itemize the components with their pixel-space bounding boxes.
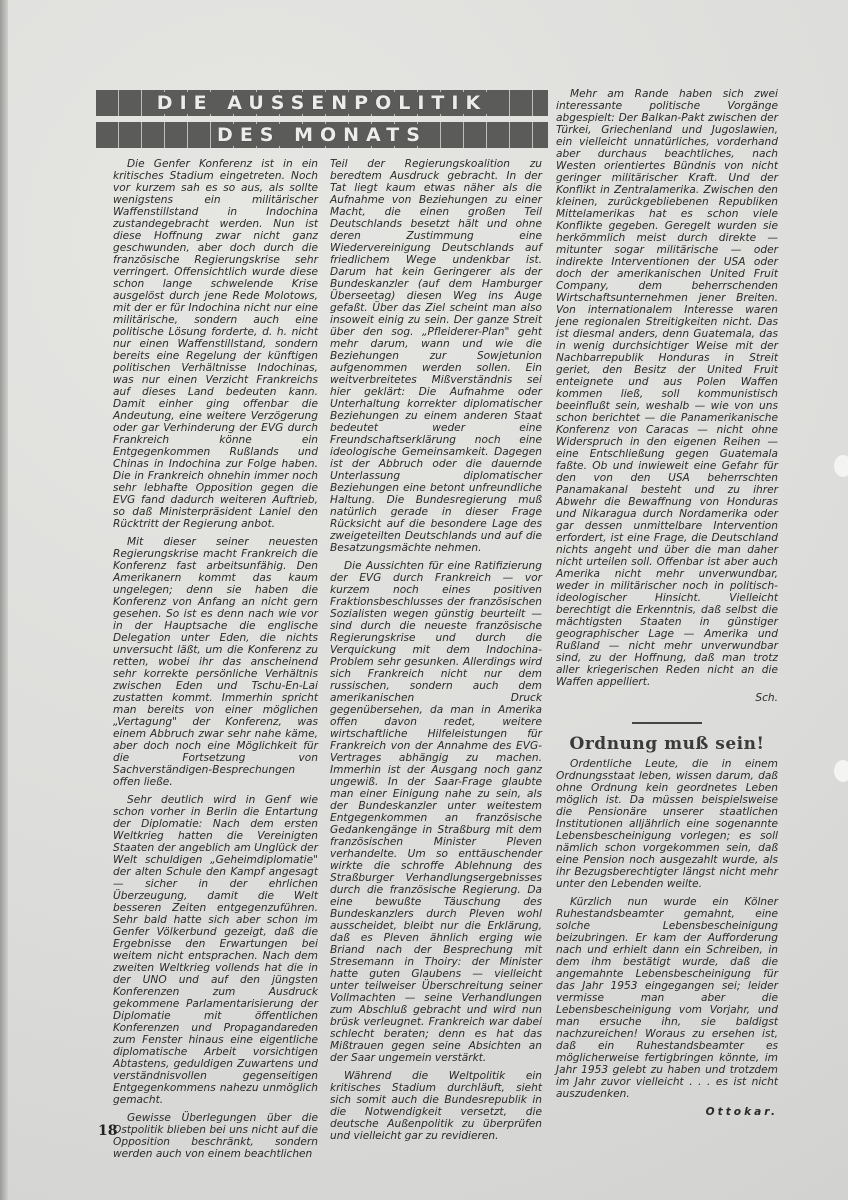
article-column-2: Teil der Regierungskoalition zu beredtem… <box>330 158 542 1148</box>
paragraph: Die Genfer Konferenz ist in ein kritisch… <box>113 158 318 530</box>
article-title-line-2: DES MONATS <box>96 122 548 148</box>
article-column-3: Mehr am Rande haben sich zwei interessan… <box>556 88 778 1118</box>
paragraph: Gewisse Überlegungen über die Ostpolitik… <box>113 1112 318 1160</box>
article-column-1: Die Genfer Konferenz ist in ein kritisch… <box>113 158 318 1166</box>
sidebar-article-author: Ottokar. <box>556 1106 778 1118</box>
article-title-text-1: DIE AUSSENPOLITIK <box>151 92 493 114</box>
paragraph: Mehr am Rande haben sich zwei interessan… <box>556 88 778 688</box>
article-title-line-1: DIE AUSSENPOLITIK <box>96 90 548 116</box>
paragraph: Die Aussichten für eine Ratifizierung de… <box>330 560 542 1064</box>
article-title-text-2: DES MONATS <box>211 124 433 146</box>
section-divider <box>632 722 702 724</box>
paragraph: Mit dieser seiner neuesten Regierungskri… <box>113 536 318 788</box>
paragraph: Ordentliche Leute, die in einem Ordnungs… <box>556 758 778 890</box>
paragraph: Während die Weltpolitik ein kritisches S… <box>330 1070 542 1142</box>
punch-hole <box>834 760 848 782</box>
paragraph: Kürzlich nun wurde ein Kölner Ruhestands… <box>556 896 778 1100</box>
paragraph: Teil der Regierungskoalition zu beredtem… <box>330 158 542 554</box>
page-number: 18 <box>98 1123 117 1139</box>
page-binding-edge <box>0 0 8 1200</box>
sidebar-article-title: Ordnung muß sein! <box>556 738 778 750</box>
newspaper-page: DIE AUSSENPOLITIK DES MONATS Die Genfer … <box>0 0 848 1200</box>
punch-hole <box>834 455 848 477</box>
paragraph: Sehr deutlich wird in Genf wie schon vor… <box>113 794 318 1106</box>
article-signature: Sch. <box>556 692 778 704</box>
